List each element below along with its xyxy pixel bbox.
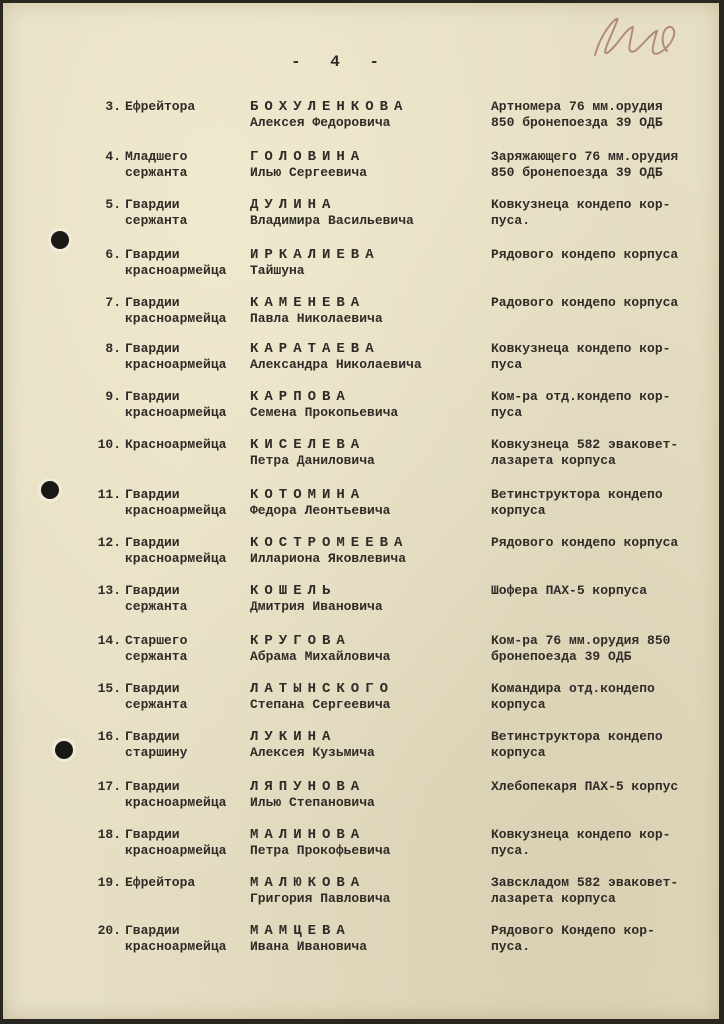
rank-line-2: сержанта xyxy=(125,697,187,713)
position-line-2: пуса. xyxy=(491,939,530,955)
entry-number: 16. xyxy=(91,729,121,745)
rank-line-1: Гвардии xyxy=(125,247,180,263)
list-entry: 19.ЕфрейтораМАЛЮКОВАГригория ПавловичаЗа… xyxy=(3,875,719,915)
handwritten-archive-number xyxy=(581,7,701,71)
given-name: Григория Павловича xyxy=(250,891,390,907)
surname: МАЛИНОВА xyxy=(250,827,365,843)
surname: КАМЕНЕВА xyxy=(250,295,365,311)
list-entry: 14.СтаршегосержантаКРУГОВААбрама Михайло… xyxy=(3,633,719,673)
rank-line-2: сержанта xyxy=(125,599,187,615)
position-line-1: Шофера ПАХ-5 корпуса xyxy=(491,583,647,599)
entry-number: 9. xyxy=(91,389,121,405)
rank-line-1: Гвардии xyxy=(125,923,180,939)
rank-line-1: Младшего xyxy=(125,149,187,165)
rank-line-1: Гвардии xyxy=(125,197,180,213)
list-entry: 8.ГвардиикрасноармейцаКАРАТАЕВААлександр… xyxy=(3,341,719,381)
rank-line-2: старшину xyxy=(125,745,187,761)
list-entry: 13.ГвардиисержантаКОШЕЛЬДмитрия Иванович… xyxy=(3,583,719,623)
list-entry: 17.ГвардиикрасноармейцаЛЯПУНОВАИлью Степ… xyxy=(3,779,719,819)
entry-number: 19. xyxy=(91,875,121,891)
surname: МАМЦЕВА xyxy=(250,923,351,939)
position-line-2: бронепоезда 39 ОДБ xyxy=(491,649,631,665)
surname: ЛАТЫНСКОГО xyxy=(250,681,394,697)
position-line-2: лазарета корпуса xyxy=(491,891,616,907)
list-entry: 6.ГвардиикрасноармейцаИРКАЛИЕВАТайшунаРя… xyxy=(3,247,719,287)
entry-number: 6. xyxy=(91,247,121,263)
surname: ГОЛОВИНА xyxy=(250,149,365,165)
rank-line-2: сержанта xyxy=(125,649,187,665)
position-line-1: Рядового кондепо корпуса xyxy=(491,247,678,263)
position-line-1: Артномера 76 мм.орудия xyxy=(491,99,663,115)
entry-number: 4. xyxy=(91,149,121,165)
given-name: Павла Николаевича xyxy=(250,311,383,327)
position-line-2: лазарета корпуса xyxy=(491,453,616,469)
surname: МАЛЮКОВА xyxy=(250,875,365,891)
surname: БОХУЛЕНКОВА xyxy=(250,99,408,115)
rank-line-2: красноармейца xyxy=(125,357,226,373)
position-line-1: Рядового Кондепо кор- xyxy=(491,923,655,939)
rank-line-1: Гвардии xyxy=(125,583,180,599)
list-entry: 15.ГвардиисержантаЛАТЫНСКОГОСтепана Серг… xyxy=(3,681,719,721)
position-line-2: 850 бронепоезда 39 ОДБ xyxy=(491,115,663,131)
rank-line-1: Гвардии xyxy=(125,295,180,311)
list-entry: 7.ГвардиикрасноармейцаКАМЕНЕВАПавла Нико… xyxy=(3,295,719,335)
rank-line-1: Гвардии xyxy=(125,827,180,843)
position-line-1: Ковкузнеца 582 эваковет- xyxy=(491,437,678,453)
surname: КРУГОВА xyxy=(250,633,351,649)
entry-number: 15. xyxy=(91,681,121,697)
entry-number: 3. xyxy=(91,99,121,115)
rank-line-2: красноармейца xyxy=(125,795,226,811)
position-line-2: корпуса xyxy=(491,745,546,761)
list-entry: 9.ГвардиикрасноармейцаКАРПОВАСемена Прок… xyxy=(3,389,719,429)
surname: ЛЯПУНОВА xyxy=(250,779,365,795)
position-line-1: Ветинструктора кондепо xyxy=(491,487,663,503)
entry-number: 10. xyxy=(91,437,121,453)
entry-number: 7. xyxy=(91,295,121,311)
rank-line-1: Гвардии xyxy=(125,729,180,745)
surname: ДУЛИНА xyxy=(250,197,336,213)
given-name: Тайшуна xyxy=(250,263,305,279)
position-line-1: Завскладом 582 эваковет- xyxy=(491,875,678,891)
rank-line-1: Ефрейтора xyxy=(125,99,195,115)
entry-number: 17. xyxy=(91,779,121,795)
position-line-2: корпуса xyxy=(491,503,546,519)
surname: КАРПОВА xyxy=(250,389,351,405)
position-line-2: пуса xyxy=(491,357,522,373)
rank-line-2: красноармейца xyxy=(125,503,226,519)
rank-line-2: сержанта xyxy=(125,165,187,181)
given-name: Илью Степановича xyxy=(250,795,375,811)
surname: КАРАТАЕВА xyxy=(250,341,380,357)
entry-number: 12. xyxy=(91,535,121,551)
given-name: Семена Прокопьевича xyxy=(250,405,398,421)
entry-number: 11. xyxy=(91,487,121,503)
position-line-1: Ковкузнеца кондепо кор- xyxy=(491,197,670,213)
list-entry: 10.КрасноармейцаКИСЕЛЕВАПетра Даниловича… xyxy=(3,437,719,477)
position-line-1: Хлебопекаря ПАХ-5 корпус xyxy=(491,779,678,795)
given-name: Илью Сергеевича xyxy=(250,165,367,181)
surname: КОСТРОМЕЕВА xyxy=(250,535,408,551)
surname: КОШЕЛЬ xyxy=(250,583,336,599)
list-entry: 12.ГвардиикрасноармейцаКОСТРОМЕЕВАИллари… xyxy=(3,535,719,575)
page-number: - 4 - xyxy=(285,53,395,71)
entry-number: 8. xyxy=(91,341,121,357)
document-page: - 4 - 3.ЕфрейтораБОХУЛЕНКОВААлексея Федо… xyxy=(3,3,719,1019)
given-name: Иллариона Яковлевича xyxy=(250,551,406,567)
position-line-2: корпуса xyxy=(491,697,546,713)
rank-line-1: Красноармейца xyxy=(125,437,226,453)
given-name: Петра Даниловича xyxy=(250,453,375,469)
position-line-1: Рядового кондепо корпуса xyxy=(491,535,678,551)
position-line-1: Заряжающего 76 мм.орудия xyxy=(491,149,678,165)
position-line-1: Ком-ра отд.кондепо кор- xyxy=(491,389,670,405)
position-line-1: Ветинструктора кондепо xyxy=(491,729,663,745)
position-line-1: Командира отд.кондепо xyxy=(491,681,655,697)
rank-line-1: Гвардии xyxy=(125,681,180,697)
rank-line-1: Гвардии xyxy=(125,341,180,357)
surname: КИСЕЛЕВА xyxy=(250,437,365,453)
position-line-2: пуса. xyxy=(491,213,530,229)
rank-line-1: Гвардии xyxy=(125,487,180,503)
position-line-1: Радового кондепо корпуса xyxy=(491,295,678,311)
given-name: Петра Прокофьевича xyxy=(250,843,390,859)
rank-line-2: сержанта xyxy=(125,213,187,229)
surname: ЛУКИНА xyxy=(250,729,336,745)
rank-line-2: красноармейца xyxy=(125,551,226,567)
surname: КОТОМИНА xyxy=(250,487,365,503)
rank-line-2: красноармейца xyxy=(125,263,226,279)
rank-line-2: красноармейца xyxy=(125,311,226,327)
rank-line-2: красноармейца xyxy=(125,843,226,859)
given-name: Ивана Ивановича xyxy=(250,939,367,955)
rank-line-2: красноармейца xyxy=(125,939,226,955)
entry-number: 13. xyxy=(91,583,121,599)
list-entry: 20.ГвардиикрасноармейцаМАМЦЕВАИвана Иван… xyxy=(3,923,719,963)
position-line-1: Ковкузнеца кондепо кор- xyxy=(491,341,670,357)
entry-number: 18. xyxy=(91,827,121,843)
rank-line-1: Ефрейтора xyxy=(125,875,195,891)
position-line-2: пуса. xyxy=(491,843,530,859)
entry-number: 14. xyxy=(91,633,121,649)
list-entry: 3.ЕфрейтораБОХУЛЕНКОВААлексея Федоровича… xyxy=(3,99,719,139)
given-name: Абрама Михайловича xyxy=(250,649,390,665)
rank-line-1: Гвардии xyxy=(125,779,180,795)
position-line-1: Ковкузнеца кондепо кор- xyxy=(491,827,670,843)
position-line-2: 850 бронепоезда 39 ОДБ xyxy=(491,165,663,181)
given-name: Федора Леонтьевича xyxy=(250,503,390,519)
position-line-2: пуса xyxy=(491,405,522,421)
given-name: Дмитрия Ивановича xyxy=(250,599,383,615)
list-entry: 16.ГвардиистаршинуЛУКИНААлексея Кузьмича… xyxy=(3,729,719,769)
position-line-1: Ком-ра 76 мм.орудия 850 xyxy=(491,633,670,649)
entry-number: 20. xyxy=(91,923,121,939)
rank-line-1: Гвардии xyxy=(125,535,180,551)
entry-number: 5. xyxy=(91,197,121,213)
given-name: Александра Николаевича xyxy=(250,357,422,373)
rank-line-1: Старшего xyxy=(125,633,187,649)
given-name: Владимира Васильевича xyxy=(250,213,414,229)
given-name: Степана Сергеевича xyxy=(250,697,390,713)
list-entry: 11.ГвардиикрасноармейцаКОТОМИНАФедора Ле… xyxy=(3,487,719,527)
list-entry: 5.ГвардиисержантаДУЛИНАВладимира Василье… xyxy=(3,197,719,237)
list-entry: 18.ГвардиикрасноармейцаМАЛИНОВАПетра Про… xyxy=(3,827,719,867)
given-name: Алексея Федоровича xyxy=(250,115,390,131)
surname: ИРКАЛИЕВА xyxy=(250,247,380,263)
list-entry: 4.МладшегосержантаГОЛОВИНАИлью Сергеевич… xyxy=(3,149,719,189)
rank-line-1: Гвардии xyxy=(125,389,180,405)
rank-line-2: красноармейца xyxy=(125,405,226,421)
given-name: Алексея Кузьмича xyxy=(250,745,375,761)
